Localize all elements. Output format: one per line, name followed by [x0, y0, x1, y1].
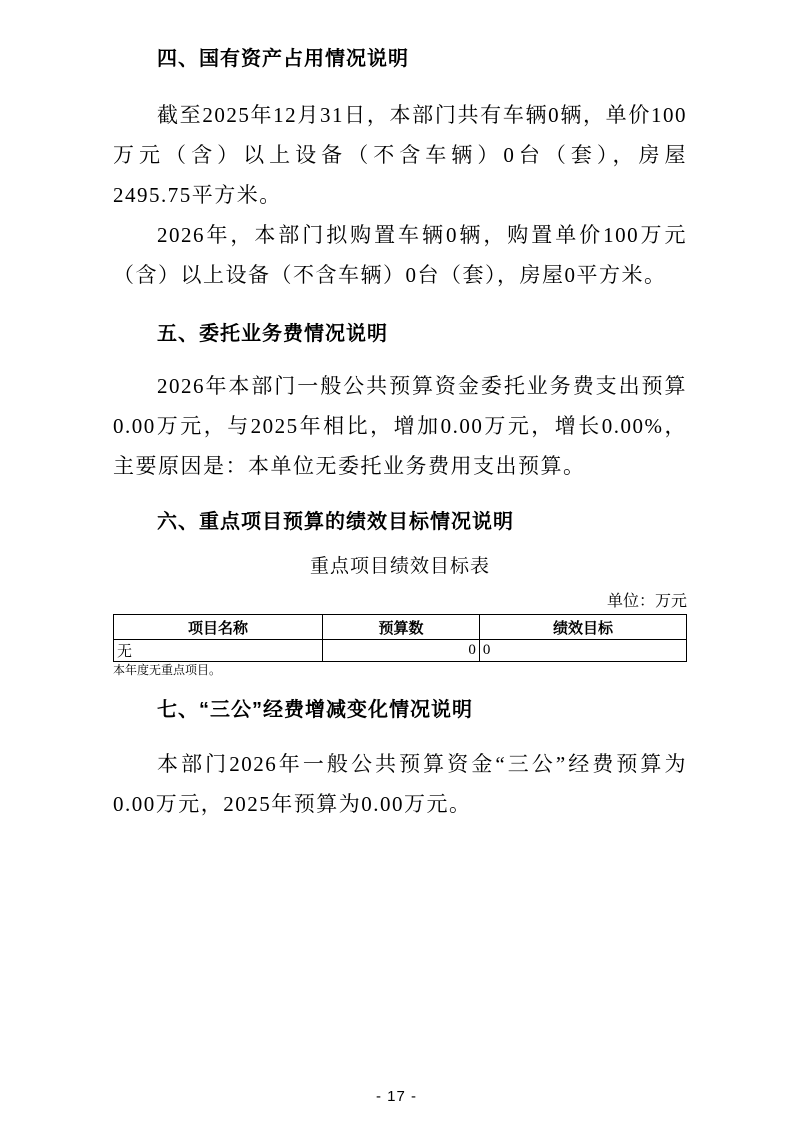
- table-header-row: 项目名称 预算数 绩效目标: [114, 615, 687, 640]
- table-note: 本年度无重点项目。: [113, 663, 687, 678]
- paragraph-three-public-expenses: 本部门2026年一般公共预算资金“三公”经费预算为0.00万元，2025年预算为…: [113, 744, 687, 824]
- paragraph-assets-planned: 2026年，本部门拟购置车辆0辆，购置单价100万元（含）以上设备（不含车辆）0…: [113, 215, 687, 295]
- section-heading-entrusted-business-fee: 五、委托业务费情况说明: [113, 321, 687, 347]
- table-header-performance-target: 绩效目标: [479, 615, 686, 640]
- section-heading-three-public-expenses: 七、“三公”经费增减变化情况说明: [113, 697, 687, 723]
- section-heading-key-project-performance: 六、重点项目预算的绩效目标情况说明: [113, 509, 687, 535]
- performance-target-table: 项目名称 预算数 绩效目标 无 0 0: [113, 614, 687, 662]
- table-cell-project-name: 无: [114, 640, 323, 662]
- unit-label: 单位：万元: [113, 592, 687, 612]
- table-row: 无 0 0: [114, 640, 687, 662]
- table-cell-performance-target: 0: [479, 640, 686, 662]
- page-number: - 17 -: [0, 1088, 793, 1105]
- table-header-budget: 预算数: [323, 615, 480, 640]
- table-cell-budget: 0: [323, 640, 480, 662]
- paragraph-entrusted-business-fee: 2026年本部门一般公共预算资金委托业务费支出预算0.00万元，与2025年相比…: [113, 366, 687, 486]
- paragraph-assets-current: 截至2025年12月31日，本部门共有车辆0辆，单价100万元（含）以上设备（不…: [113, 95, 687, 215]
- document-page: 四、国有资产占用情况说明 截至2025年12月31日，本部门共有车辆0辆，单价1…: [0, 0, 793, 1122]
- table-header-project-name: 项目名称: [114, 615, 323, 640]
- section-heading-state-assets: 四、国有资产占用情况说明: [113, 46, 687, 72]
- document-content: 四、国有资产占用情况说明 截至2025年12月31日，本部门共有车辆0辆，单价1…: [113, 0, 687, 824]
- table-title: 重点项目绩效目标表: [113, 555, 687, 579]
